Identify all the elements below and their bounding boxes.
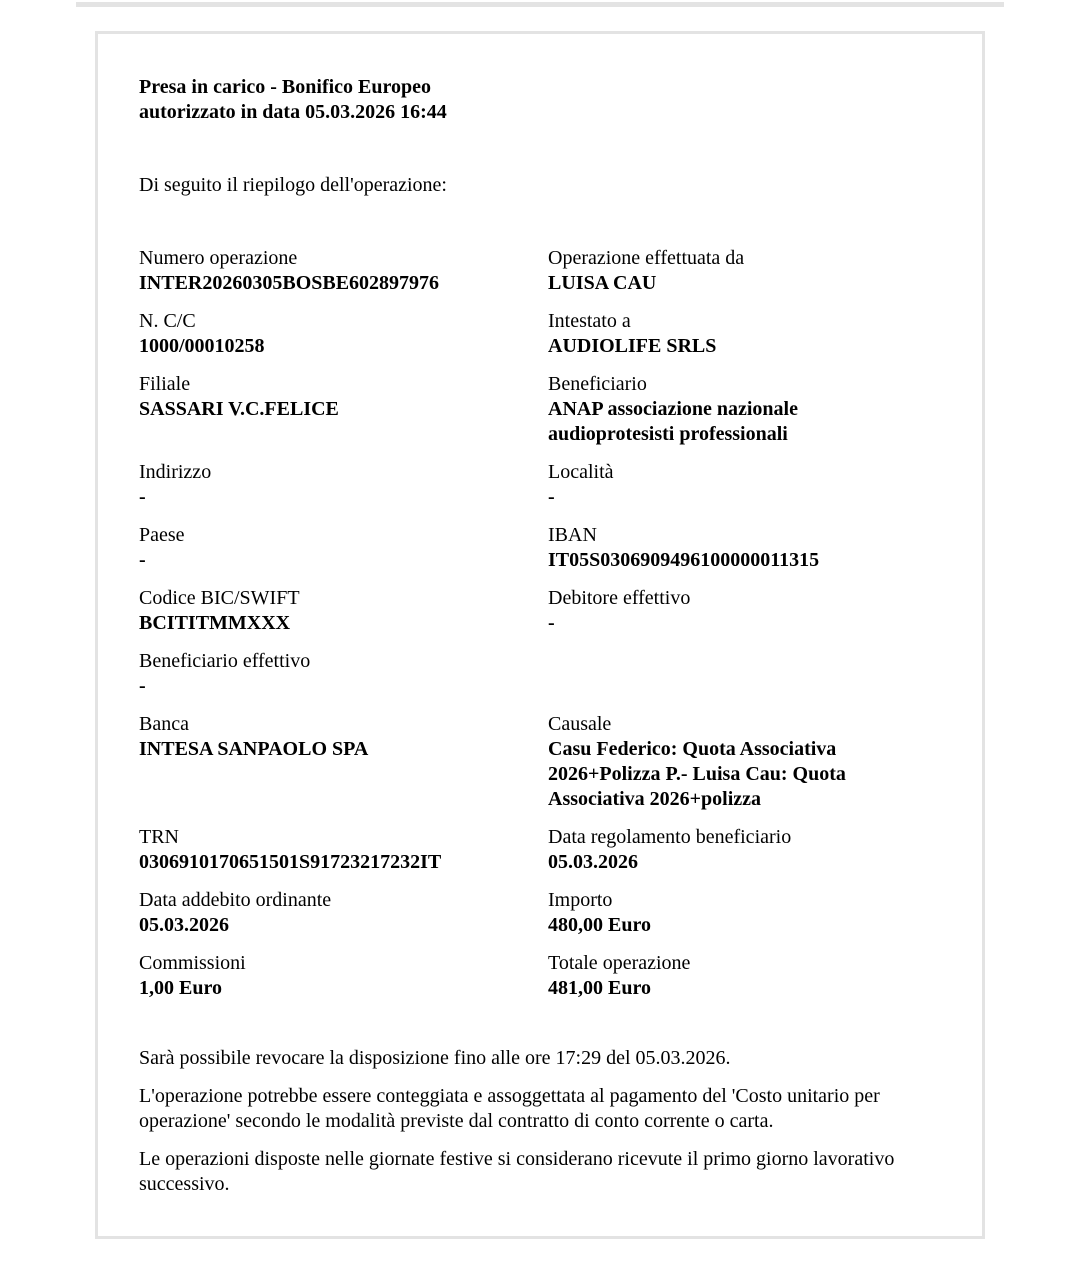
field-beneficiario-effettivo: Beneficiario effettivo - — [139, 649, 548, 699]
field-label: Debitore effettivo — [548, 586, 929, 611]
field-label: N. C/C — [139, 309, 548, 334]
field-value: INTESA SANPAOLO SPA — [139, 737, 548, 762]
field-value: - — [139, 485, 548, 510]
field-label: Filiale — [139, 372, 548, 397]
card-content: Presa in carico - Bonifico Europeo autor… — [139, 75, 929, 1210]
field-label: Località — [548, 460, 929, 485]
field-localita: Località - — [548, 460, 929, 510]
field-label: IBAN — [548, 523, 929, 548]
field-indirizzo: Indirizzo - — [139, 460, 548, 510]
page-title: Presa in carico - Bonifico Europeo autor… — [139, 75, 499, 125]
field-value: 0306910170651501S91723217232IT — [139, 850, 548, 875]
field-label: Totale operazione — [548, 951, 929, 976]
field-value: - — [548, 611, 929, 636]
field-value: ANAP associazione nazionale audioprotesi… — [548, 397, 848, 447]
top-divider — [76, 2, 1004, 7]
field-label: Data regolamento beneficiario — [548, 825, 929, 850]
field-iban: IBAN IT05S0306909496100000011315 — [548, 523, 929, 573]
field-value: SASSARI V.C.FELICE — [139, 397, 548, 422]
field-value: - — [139, 674, 548, 699]
field-value: - — [139, 548, 548, 573]
field-label: Causale — [548, 712, 929, 737]
field-value: 1,00 Euro — [139, 976, 548, 1001]
field-value: 05.03.2026 — [139, 913, 548, 938]
holiday-note: Le operazioni disposte nelle giornate fe… — [139, 1147, 929, 1197]
field-label: Commissioni — [139, 951, 548, 976]
field-label: Paese — [139, 523, 548, 548]
field-data-addebito-ordinante: Data addebito ordinante 05.03.2026 — [139, 888, 548, 938]
field-value: 05.03.2026 — [548, 850, 929, 875]
field-value: 1000/00010258 — [139, 334, 548, 359]
field-label: Beneficiario — [548, 372, 929, 397]
field-banca: Banca INTESA SANPAOLO SPA — [139, 712, 548, 812]
field-label: Operazione effettuata da — [548, 246, 929, 271]
field-data-regolamento-beneficiario: Data regolamento beneficiario 05.03.2026 — [548, 825, 929, 875]
field-value: INTER20260305BOSBE602897976 — [139, 271, 548, 296]
field-trn: TRN 0306910170651501S91723217232IT — [139, 825, 548, 875]
field-value: 481,00 Euro — [548, 976, 929, 1001]
field-intestato-a: Intestato a AUDIOLIFE SRLS — [548, 309, 929, 359]
field-value: LUISA CAU — [548, 271, 929, 296]
field-paese: Paese - — [139, 523, 548, 573]
field-value: 480,00 Euro — [548, 913, 929, 938]
field-numero-operazione: Numero operazione INTER20260305BOSBE6028… — [139, 246, 548, 296]
field-label: Importo — [548, 888, 929, 913]
field-operazione-effettuata-da: Operazione effettuata da LUISA CAU — [548, 246, 929, 296]
field-bic-swift: Codice BIC/SWIFT BCITITMMXXX — [139, 586, 548, 636]
field-value: Casu Federico: Quota Associativa 2026+Po… — [548, 737, 888, 812]
field-n-cc: N. C/C 1000/00010258 — [139, 309, 548, 359]
field-label: Numero operazione — [139, 246, 548, 271]
field-debitore-effettivo: Debitore effettivo - — [548, 586, 929, 636]
field-label: Beneficiario effettivo — [139, 649, 548, 674]
field-commissioni: Commissioni 1,00 Euro — [139, 951, 548, 1001]
field-label: Banca — [139, 712, 548, 737]
field-causale: Causale Casu Federico: Quota Associativa… — [548, 712, 929, 812]
operation-summary-card: Presa in carico - Bonifico Europeo autor… — [95, 31, 985, 1239]
revocation-note: Sarà possibile revocare la disposizione … — [139, 1046, 929, 1071]
cost-note: L'operazione potrebbe essere conteggiata… — [139, 1084, 929, 1134]
field-empty — [548, 649, 929, 699]
field-label: TRN — [139, 825, 548, 850]
field-value: AUDIOLIFE SRLS — [548, 334, 929, 359]
field-beneficiario: Beneficiario ANAP associazione nazionale… — [548, 372, 929, 447]
field-label: Indirizzo — [139, 460, 548, 485]
field-value: BCITITMMXXX — [139, 611, 548, 636]
field-label: Codice BIC/SWIFT — [139, 586, 548, 611]
intro-text: Di seguito il riepilogo dell'operazione: — [139, 173, 929, 198]
field-filiale: Filiale SASSARI V.C.FELICE — [139, 372, 548, 447]
field-value: IT05S0306909496100000011315 — [548, 548, 929, 573]
field-importo: Importo 480,00 Euro — [548, 888, 929, 938]
notes-section: Sarà possibile revocare la disposizione … — [139, 1046, 929, 1197]
field-totale-operazione: Totale operazione 481,00 Euro — [548, 951, 929, 1001]
details-grid: Numero operazione INTER20260305BOSBE6028… — [139, 246, 929, 1014]
field-label: Data addebito ordinante — [139, 888, 548, 913]
field-value: - — [548, 485, 929, 510]
field-label: Intestato a — [548, 309, 929, 334]
